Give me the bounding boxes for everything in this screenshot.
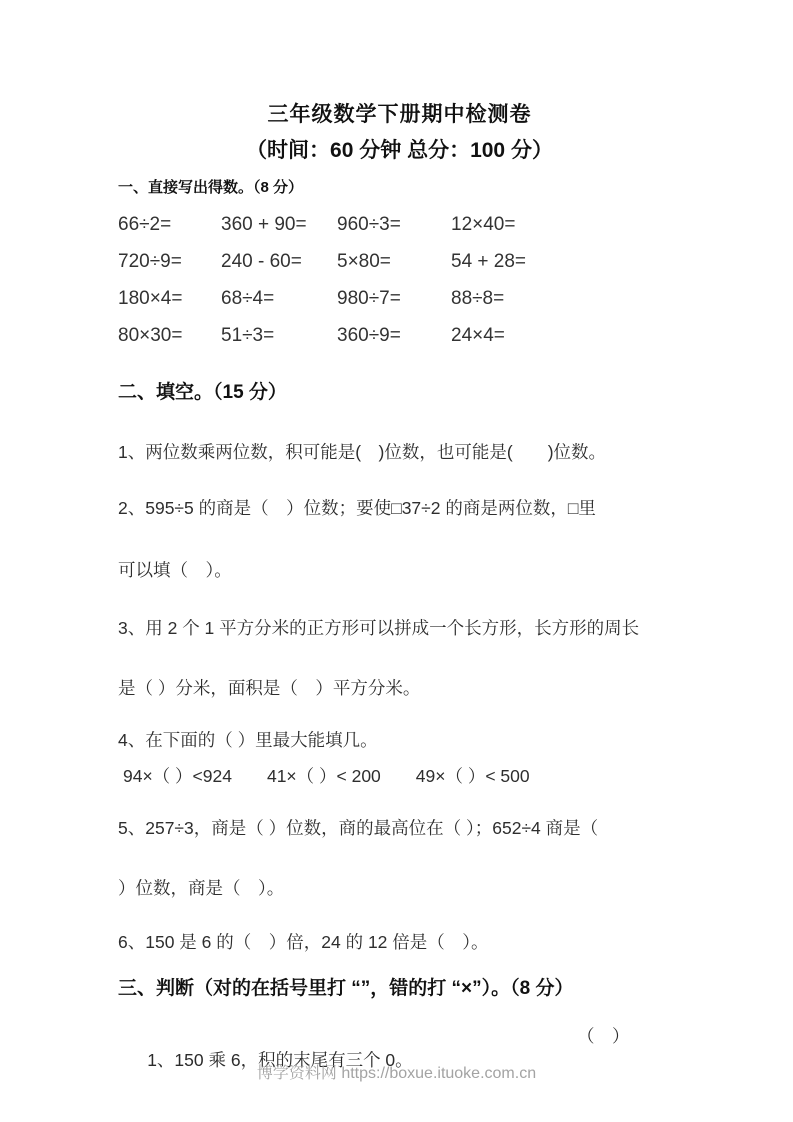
math-problem: 88÷8=: [451, 280, 681, 317]
paper-content: 三年级数学下册期中检测卷 （时间：60 分钟 总分：100 分） 一、直接写出得…: [0, 100, 793, 1120]
section2-heading: 二、填空。（15 分）: [118, 380, 681, 406]
math-problem: 5×80=: [337, 243, 451, 280]
fill-blank-item-2-line-1: 2、595÷5 的商是（ ）位数；要使□37÷2 的商是两位数，□里: [118, 496, 681, 520]
math-problem: 980÷7=: [337, 280, 451, 317]
fill-blank-item-5-line-2: ）位数，商是（ ）。: [118, 876, 681, 900]
fill-blank-item-3-line-2: 是（ ）分米，面积是（ ）平方分米。: [118, 676, 681, 700]
math-problem: 12×40=: [451, 206, 681, 243]
math-problem: 960÷3=: [337, 206, 451, 243]
fill-blank-item-4-expressions: 94×（ ）<924 41×（ ）< 200 49×（ ）< 500: [118, 764, 681, 788]
page-title: 三年级数学下册期中检测卷: [118, 100, 681, 130]
math-problem: 360÷9=: [337, 317, 451, 354]
fill-blank-item-6: 6、150 是 6 的（ ）倍，24 的 12 倍是（ ）。: [118, 930, 681, 954]
fill-blank-item-4-intro: 4、在下面的（ ）里最大能填几。: [118, 728, 681, 752]
judge-item-1-answer-blank: （ ）: [577, 1024, 630, 1048]
watermark-footer: 博学资料网 https://boxue.ituoke.com.cn: [0, 1062, 793, 1086]
math-problem: 68÷4=: [221, 280, 337, 317]
math-problem: 720÷9=: [118, 243, 221, 280]
math-problem: 180×4=: [118, 280, 221, 317]
math-problem: 240 - 60=: [221, 243, 337, 280]
fill-blank-item-1: 1、两位数乘两位数，积可能是( )位数，也可能是( )位数。: [118, 440, 681, 464]
section3-heading: 三、判断（对的在括号里打 “”，错的打 “×”）。（8 分）: [118, 976, 681, 1002]
fill-blank-item-3-line-1: 3、用 2 个 1 平方分米的正方形可以拼成一个长方形，长方形的周长: [118, 616, 681, 640]
mental-math-grid: 66÷2= 360 + 90= 960÷3= 12×40= 720÷9= 240…: [118, 206, 681, 354]
test-paper-page: 三年级数学下册期中检测卷 （时间：60 分钟 总分：100 分） 一、直接写出得…: [0, 0, 793, 1122]
math-problem: 66÷2=: [118, 206, 221, 243]
page-subtitle: （时间：60 分钟 总分：100 分）: [118, 136, 681, 166]
fill-blank-item-5-line-1: 5、257÷3，商是（ ）位数，商的最高位在（ ）；652÷4 商是（: [118, 816, 681, 840]
math-problem: 54 + 28=: [451, 243, 681, 280]
fill-blank-item-2-line-2: 可以填（ ）。: [118, 558, 681, 582]
section1-heading: 一、直接写出得数。（8 分）: [118, 178, 681, 198]
math-problem: 24×4=: [451, 317, 681, 354]
math-problem: 51÷3=: [221, 317, 337, 354]
math-problem: 360 + 90=: [221, 206, 337, 243]
math-problem: 80×30=: [118, 317, 221, 354]
